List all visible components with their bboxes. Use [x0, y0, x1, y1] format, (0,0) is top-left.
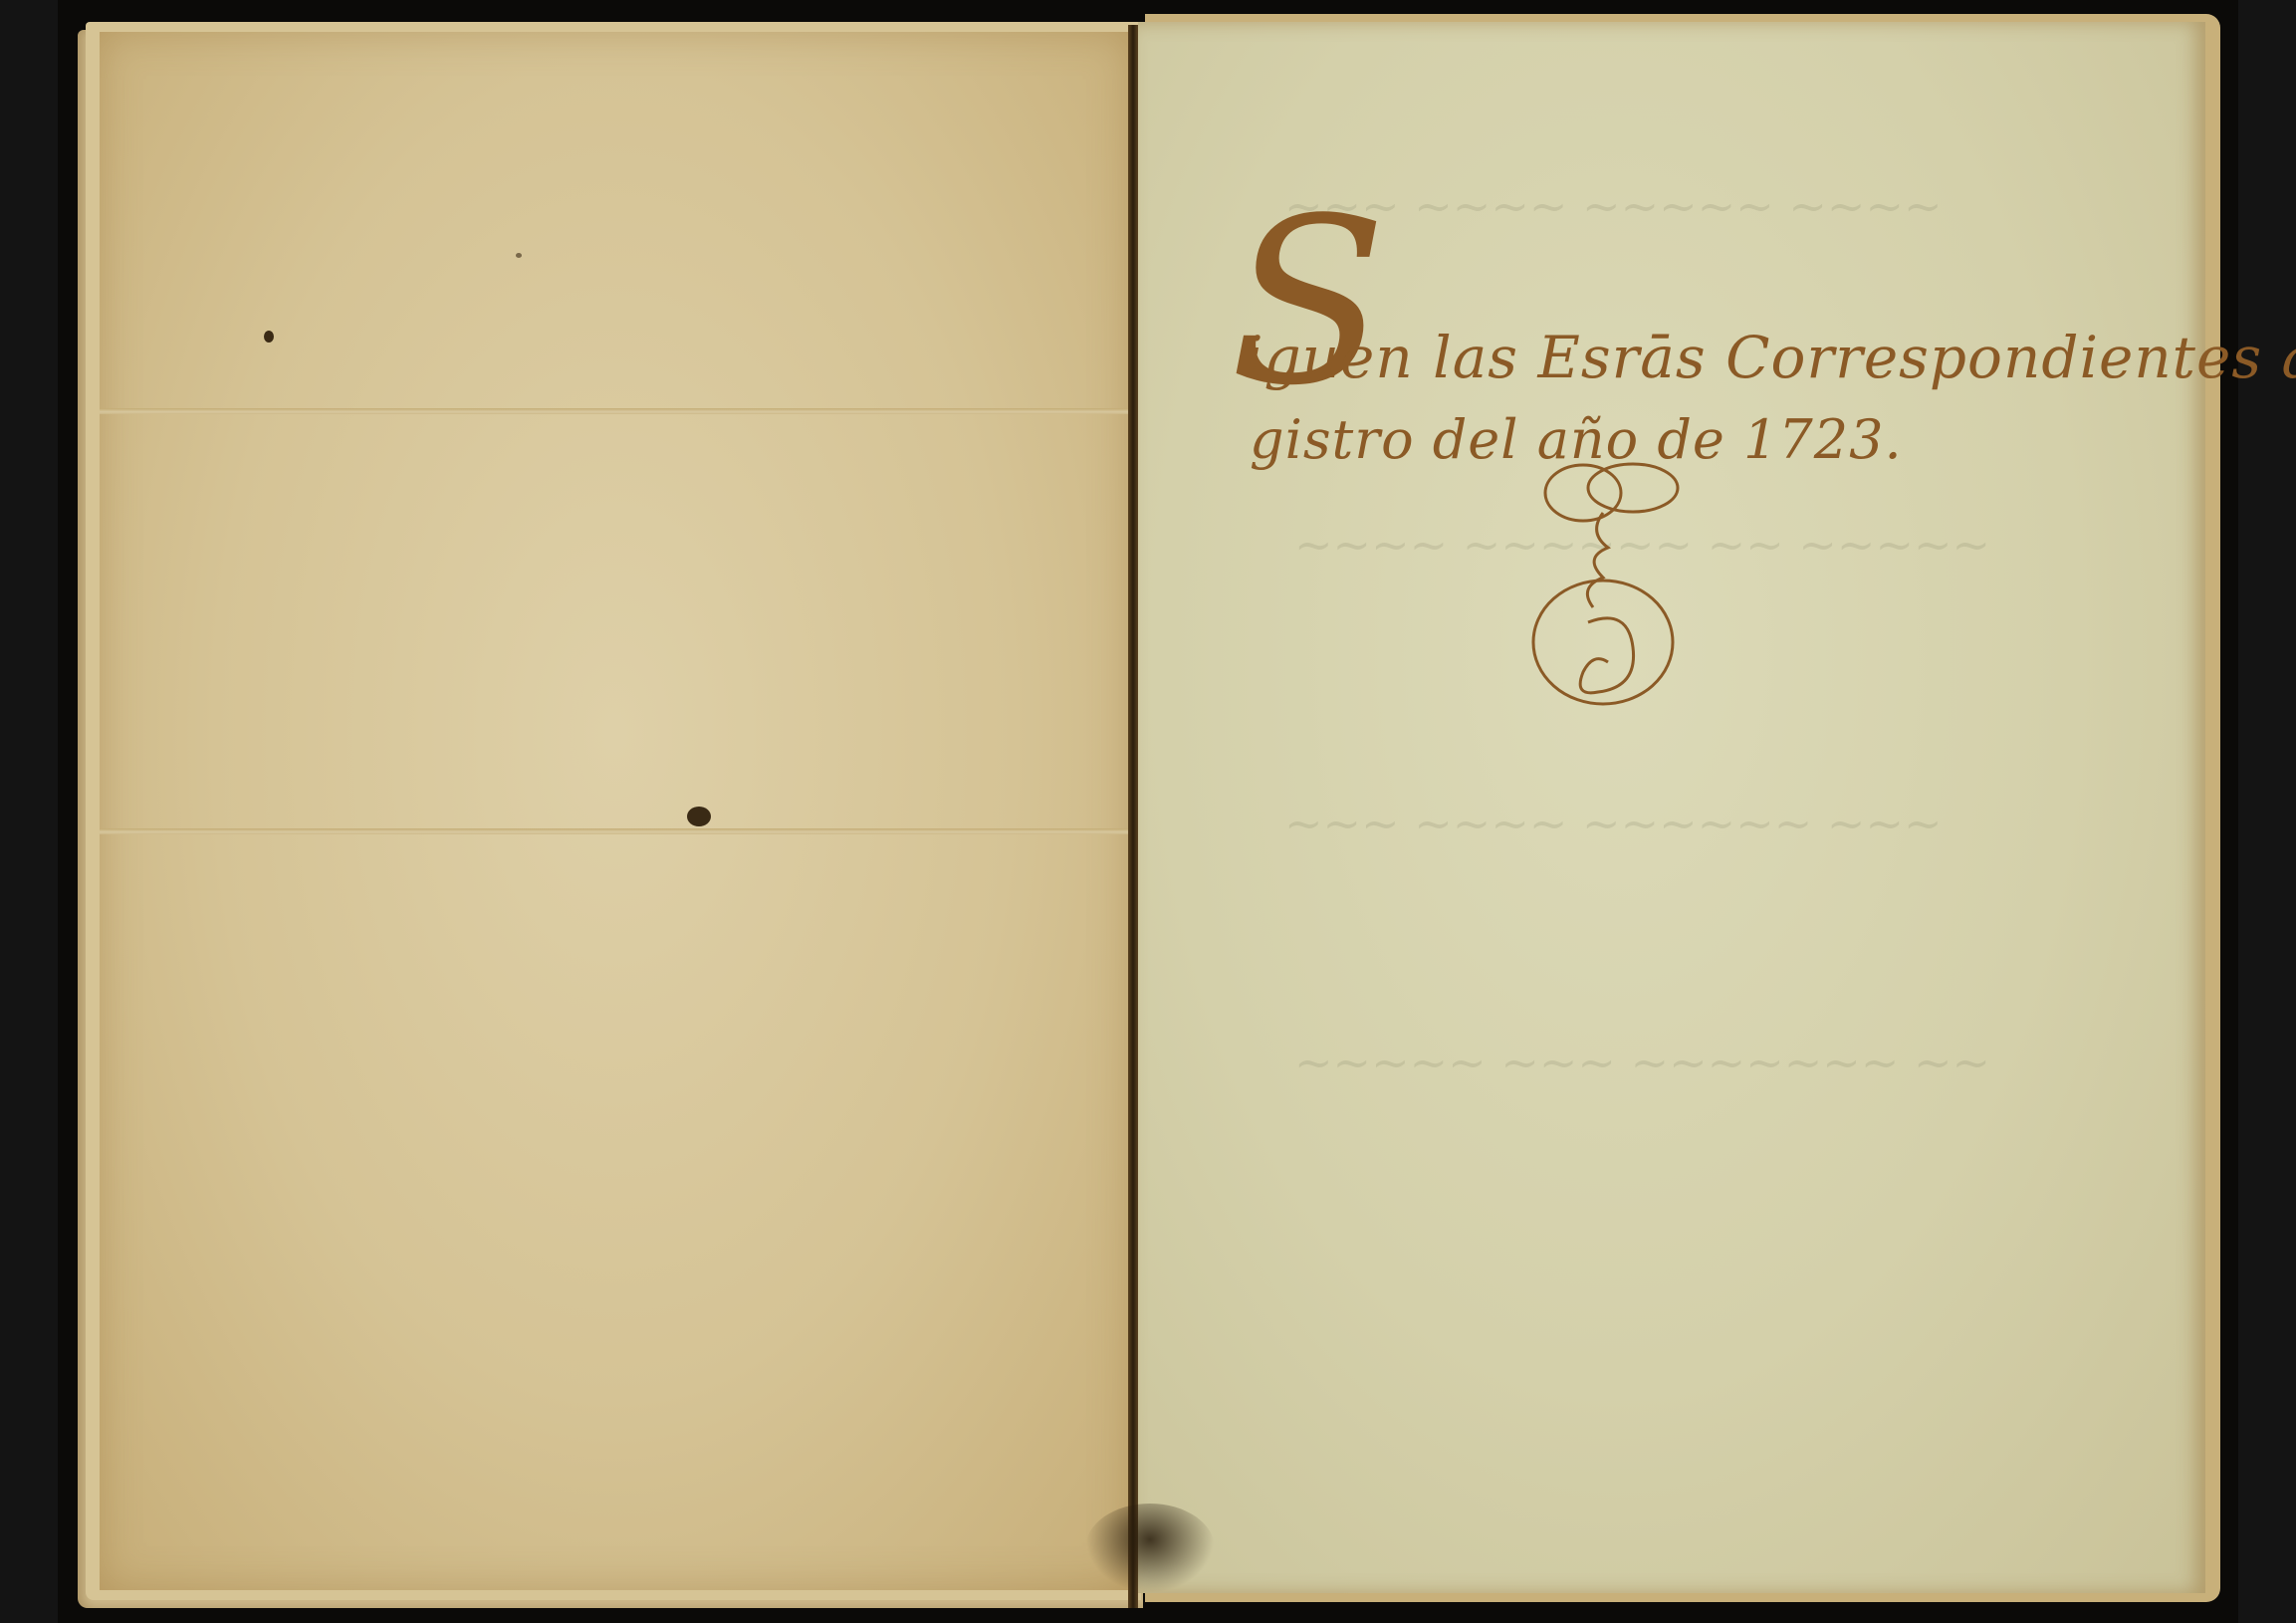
- bleed-through-text: ~~~ ~~~~ ~~~~~~ ~~~: [1284, 797, 1943, 850]
- fold-line-lower: [100, 828, 1130, 834]
- fold-line-upper: [100, 408, 1130, 414]
- ink-speck: [516, 253, 522, 258]
- left-page: [100, 32, 1130, 1590]
- ink-spot: [264, 331, 274, 343]
- bleed-through-text: ~~~~~ ~~~ ~~~~~~~ ~~: [1294, 1036, 1990, 1089]
- rubrica-flourish-icon: [1493, 453, 1732, 732]
- ink-blot: [687, 807, 711, 826]
- spine-water-stain: [1085, 1504, 1215, 1593]
- book-spine: [1128, 25, 1138, 1608]
- heading-line-1: iguen las Esrās Correspondientes al Re-: [1245, 324, 2296, 391]
